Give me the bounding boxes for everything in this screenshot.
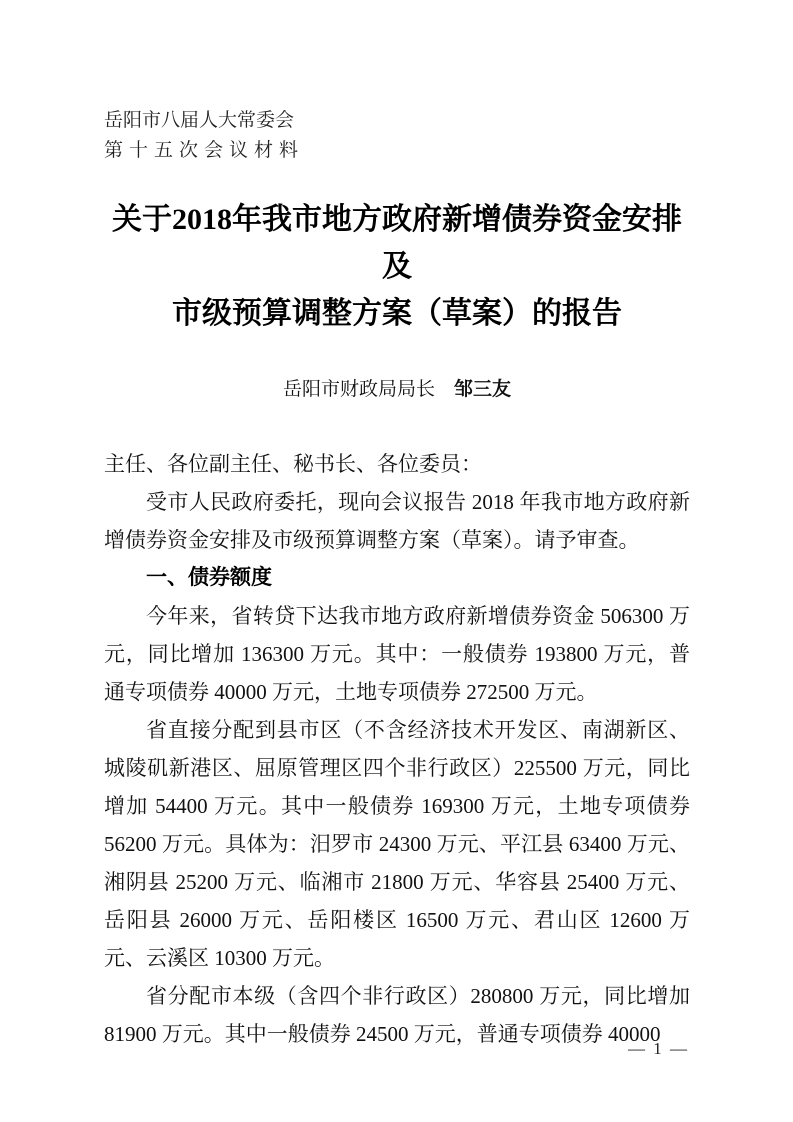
byline-name: 邹三友: [454, 379, 511, 400]
title-line-1: 关于2018年我市地方政府新增债券资金安排及: [104, 196, 690, 290]
paragraph-city-level-allocation: 省分配市本级（含四个非行政区）280800 万元，同比增加 81900 万元。其…: [104, 977, 690, 1053]
title-line-2: 市级预算调整方案（草案）的报告: [104, 290, 690, 337]
byline-role: 岳阳市财政局局长: [283, 379, 435, 400]
header-org-line: 岳阳市八届人大常委会: [104, 106, 690, 136]
salutation: 主任、各位副主任、秘书长、各位委员：: [104, 445, 690, 483]
page-content: 岳阳市八届人大常委会 第十五次会议材料 关于2018年我市地方政府新增债券资金安…: [104, 0, 690, 1053]
document-page: 岳阳市八届人大常委会 第十五次会议材料 关于2018年我市地方政府新增债券资金安…: [0, 0, 793, 1122]
page-number: — 1 —: [628, 1038, 689, 1060]
paragraph-intro: 受市人民政府委托，现向会议报告 2018 年我市地方政府新增债券资金安排及市级预…: [104, 483, 690, 559]
header-meeting-line: 第十五次会议材料: [104, 136, 690, 166]
paragraph-county-allocation: 省直接分配到县市区（不含经济技术开发区、南湖新区、城陵矶新港区、屈原管理区四个非…: [104, 711, 690, 977]
section-heading-1: 一、债券额度: [104, 559, 690, 597]
byline: 岳阳市财政局局长邹三友: [104, 377, 690, 403]
paragraph-total-quota: 今年来，省转贷下达我市地方政府新增债券资金 506300 万元，同比增加 136…: [104, 597, 690, 711]
document-body: 主任、各位副主任、秘书长、各位委员： 受市人民政府委托，现向会议报告 2018 …: [104, 445, 690, 1053]
document-title: 关于2018年我市地方政府新增债券资金安排及 市级预算调整方案（草案）的报告: [104, 196, 690, 337]
document-header: 岳阳市八届人大常委会 第十五次会议材料: [104, 0, 690, 166]
